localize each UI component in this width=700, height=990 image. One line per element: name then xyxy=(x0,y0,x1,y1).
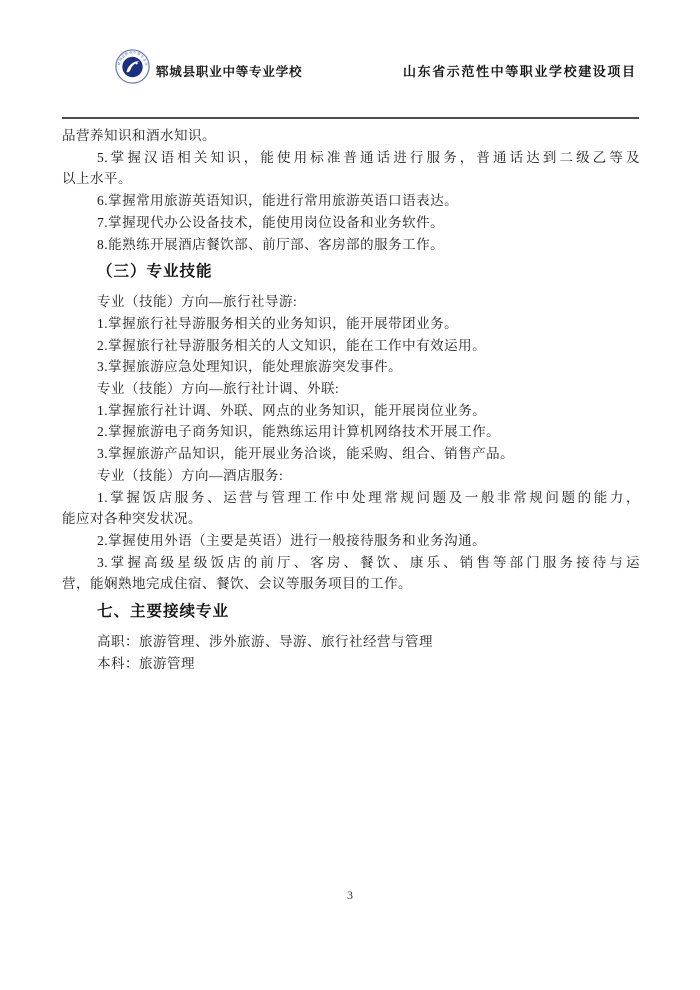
text-line: 能应对各种突发状况。 xyxy=(62,508,640,530)
text-line: 2.掌握旅游电子商务知识，能熟练运用计算机网络技术开展工作。 xyxy=(62,421,640,443)
text-line: 6.掌握常用旅游英语知识，能进行常用旅游英语口语表达。 xyxy=(62,190,640,212)
text-line: 本科：旅游管理 xyxy=(62,653,640,675)
text-line: 2.掌握旅行社导游服务相关的人文知识，能在工作中有效运用。 xyxy=(62,335,640,357)
text-line: 7.掌握现代办公设备技术，能使用岗位设备和业务软件。 xyxy=(62,212,640,234)
text-line: 3.掌握旅游产品知识，能开展业务洽谈，能采购、组合、销售产品。 xyxy=(62,443,640,465)
text-line: 8.能熟练开展酒店餐饮部、前厅部、客房部的服务工作。 xyxy=(62,234,640,256)
page-number: 3 xyxy=(347,888,353,902)
page-footer: 3 xyxy=(0,888,700,903)
text-line: 1.掌握旅行社导游服务相关的业务知识，能开展带团业务。 xyxy=(62,313,640,335)
header-school-name: 郓城县职业中等专业学校 xyxy=(156,62,302,80)
text-line: 营，能娴熟地完成住宿、餐饮、会议等服务项目的工作。 xyxy=(62,573,640,595)
school-logo-icon: 郓城县职业中等专业学校 xyxy=(115,49,150,84)
text-line: 1.掌握旅行社计调、外联、网点的业务知识，能开展岗位业务。 xyxy=(62,400,640,422)
text-line: 以上水平。 xyxy=(62,168,640,190)
text-line: 专业（技能）方向—旅行社计调、外联: xyxy=(62,378,640,400)
text-line: 品营养知识和酒水知识。 xyxy=(62,125,640,147)
section-heading: 七、主要接续专业 xyxy=(62,600,640,624)
text-line: 5.掌握汉语相关知识，能使用标准普通话进行服务，普通话达到二级乙等及 xyxy=(62,147,640,169)
text-line: 高职：旅游管理、涉外旅游、导游、旅行社经营与管理 xyxy=(62,631,640,653)
document-body: 品营养知识和酒水知识。5.掌握汉语相关知识，能使用标准普通话进行服务，普通话达到… xyxy=(62,125,640,674)
text-line: 专业（技能）方向—酒店服务: xyxy=(62,465,640,487)
header-project-name: 山东省示范性中等职业学校建设项目 xyxy=(403,61,637,80)
text-line: 3.掌握旅游应急处理知识，能处理旅游突发事件。 xyxy=(62,356,640,378)
text-line: 专业（技能）方向—旅行社导游: xyxy=(62,291,640,313)
text-line: 3.掌握高级星级饭店的前厅、客房、餐饮、康乐、销售等部门服务接待与运 xyxy=(62,552,640,574)
document-page: 郓城县职业中等专业学校 郓城县职业中等专业学校 山东省示范性中等职业学校建设项目… xyxy=(0,0,700,990)
text-line: 1.掌握饭店服务、运营与管理工作中处理常规问题及一般非常规问题的能力， xyxy=(62,487,640,509)
section-heading: （三）专业技能 xyxy=(62,260,640,284)
text-line: 2.掌握使用外语（主要是英语）进行一般接待服务和业务沟通。 xyxy=(62,530,640,552)
header-divider xyxy=(62,117,639,119)
